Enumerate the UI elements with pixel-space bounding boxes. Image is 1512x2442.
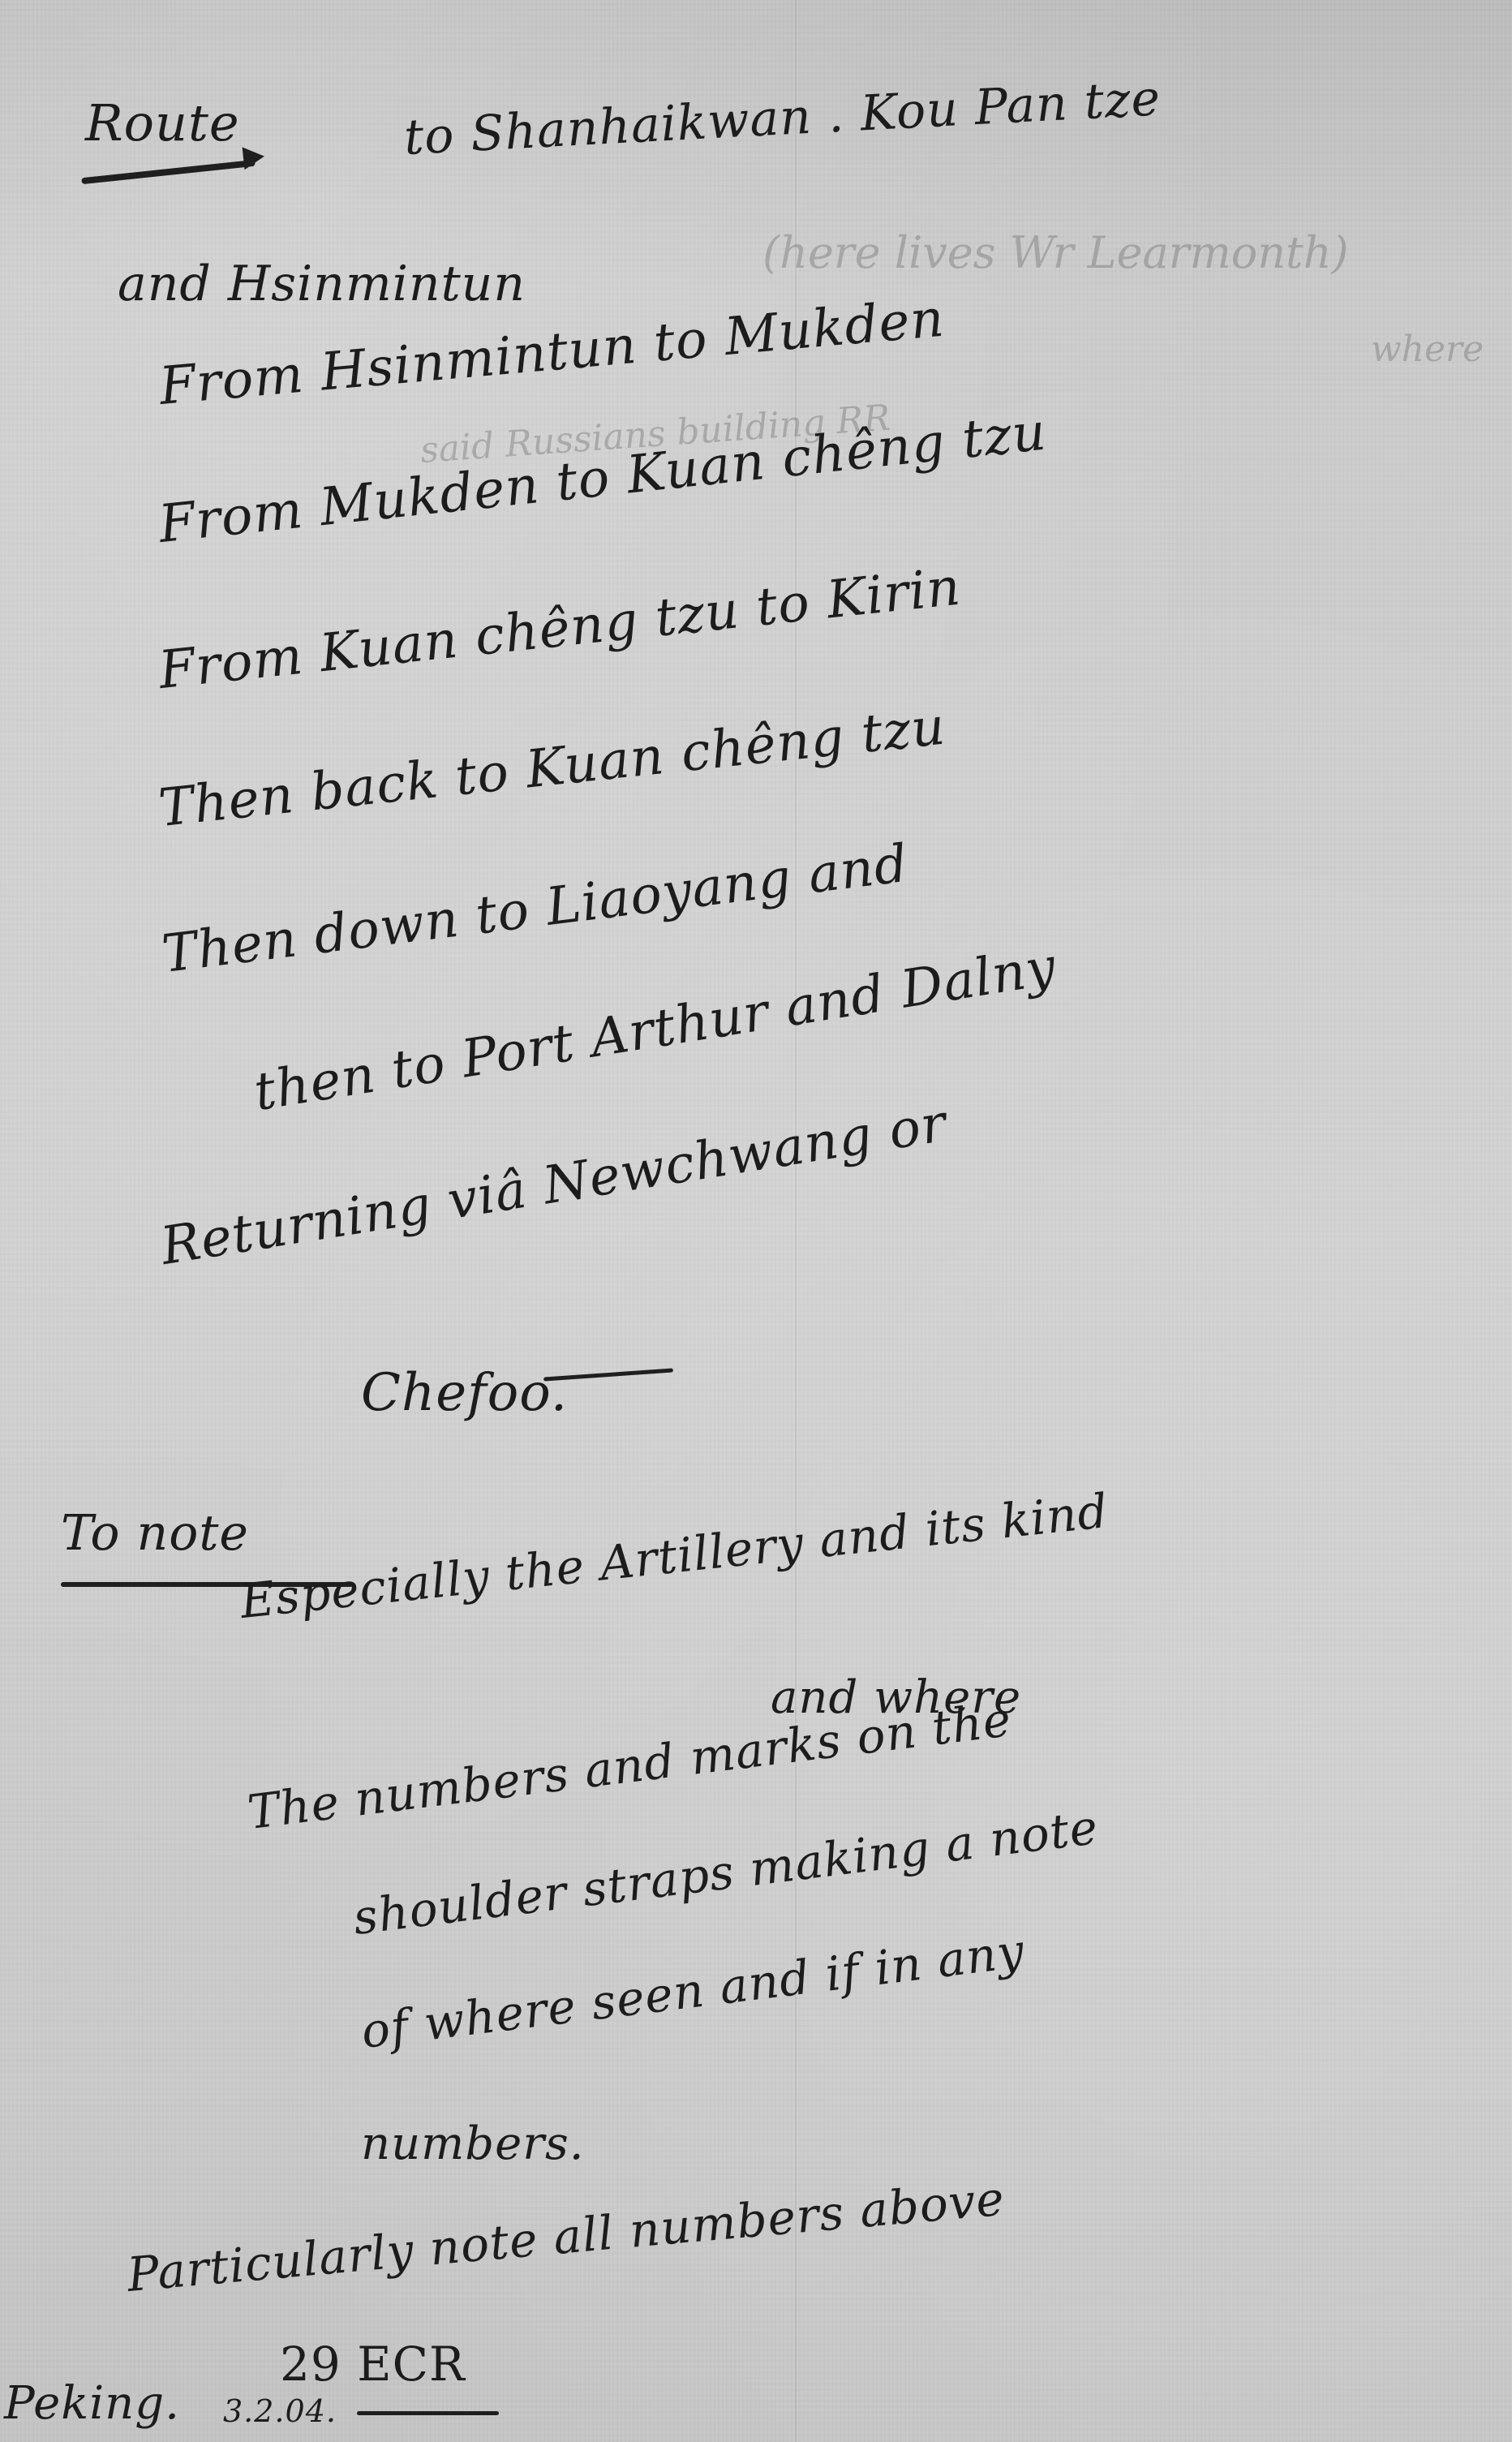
pencil-annotation-learmonth: (here lives Wr Learmonth): [762, 227, 1349, 278]
paper-fold-line: [795, 0, 797, 2442]
signoff-place: Peking.: [4, 2377, 180, 2430]
route-heading-arrow-underline: [81, 160, 256, 184]
signoff-dash: [357, 2411, 499, 2415]
route-line-1: to Shanhaikwan . Kou Pan tze: [402, 70, 1162, 166]
note-line-8-regiment: 29 ECR: [280, 2337, 466, 2392]
note-line-6: numbers.: [361, 2117, 585, 2170]
letter-page: Route to Shanhaikwan . Kou Pan tze and H…: [0, 0, 1512, 2442]
pencil-annotation-where: where: [1371, 329, 1484, 370]
route-line-7: Then down to Liaoyang and: [159, 834, 912, 985]
route-line-5: From Kuan chêng tzu to Kirin: [156, 557, 964, 701]
note-line-3: The numbers and marks on the: [245, 1692, 1015, 1840]
signoff-date: 3.2.04.: [223, 2393, 337, 2429]
route-heading: Route: [85, 93, 240, 153]
route-line-9: Returning viâ Newchwang or: [157, 1094, 951, 1277]
arrow-icon: [243, 145, 266, 170]
note-line-4: shoulder straps making a note: [350, 1799, 1102, 1945]
note-line-7: Particularly note all numbers above: [125, 2171, 1007, 2302]
route-line-6: Then back to Kuan chêng tzu: [156, 697, 948, 839]
note-line-1: Especially the Artillery and its kind: [238, 1483, 1111, 1629]
route-line-2: and Hsinmintun: [118, 256, 526, 312]
note-line-5: of where seen and if in any: [359, 1923, 1028, 2059]
route-line-10: Chefoo.: [361, 1363, 568, 1423]
note-heading: To note: [61, 1505, 249, 1562]
